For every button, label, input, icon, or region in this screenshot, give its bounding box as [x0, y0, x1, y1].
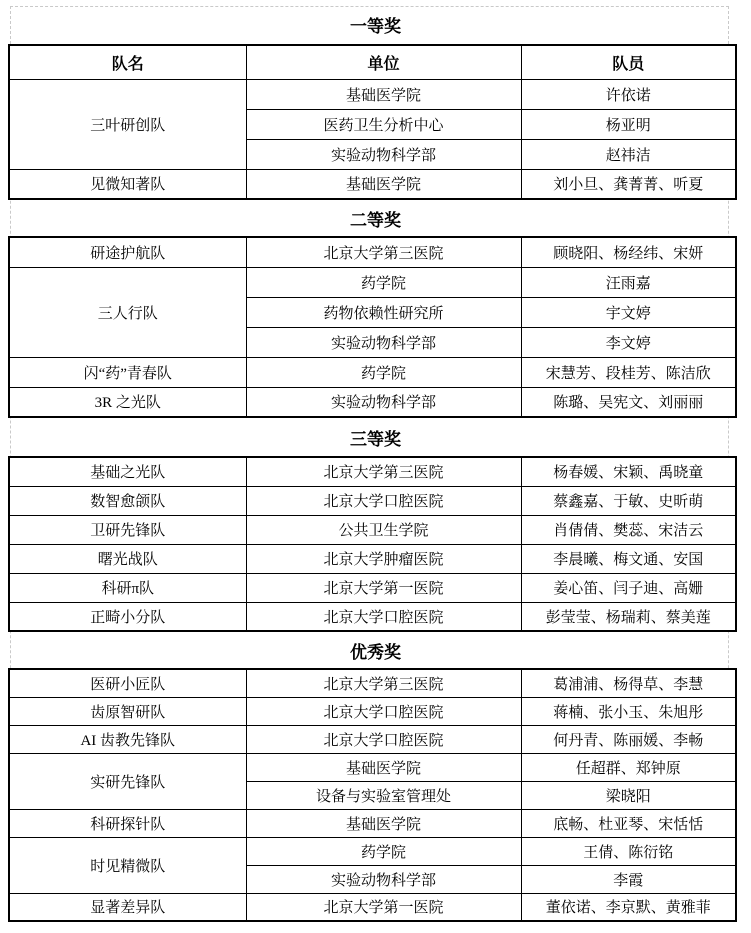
unit-cell: 北京大学第三医院	[246, 457, 521, 486]
team-name-cell: 数智愈颌队	[9, 486, 246, 515]
unit-cell: 药物依赖性研究所	[246, 297, 521, 327]
team-name-cell: 正畸小分队	[9, 602, 246, 631]
members-cell: 汪雨嘉	[521, 267, 736, 297]
col-header-team: 队名	[9, 45, 246, 79]
members-cell: 顾晓阳、杨经纬、宋妍	[521, 237, 736, 267]
table-row: 3R 之光队 实验动物科学部 陈璐、吴宪文、刘丽丽	[9, 387, 736, 417]
table-row: 时见精微队 药学院 王倩、陈衍铭	[9, 837, 736, 865]
table-row: 曙光战队 北京大学肿瘤医院 李晨曦、梅文通、安国	[9, 544, 736, 573]
table-row: 科研π队 北京大学第一医院 姜心笛、闫子迪、高姗	[9, 573, 736, 602]
team-name-cell: 闪“药”青春队	[9, 357, 246, 387]
table-row: 见微知著队 基础医学院 刘小旦、龚菁菁、听夏	[9, 169, 736, 199]
unit-cell: 药学院	[246, 357, 521, 387]
table-row: 卫研先锋队 公共卫生学院 肖倩倩、樊蕊、宋洁云	[9, 515, 736, 544]
unit-cell: 北京大学肿瘤医院	[246, 544, 521, 573]
awards-table-third-prize: 基础之光队 北京大学第三医院 杨春媛、宋颖、禹晓童 数智愈颌队 北京大学口腔医院…	[8, 456, 737, 632]
members-cell: 董依诺、李京默、黄雅菲	[521, 893, 736, 921]
table-row: 显著差异队 北京大学第一医院 董依诺、李京默、黄雅菲	[9, 893, 736, 921]
unit-cell: 基础医学院	[246, 753, 521, 781]
members-cell: 宋慧芳、段桂芳、陈洁欣	[521, 357, 736, 387]
unit-cell: 北京大学口腔医院	[246, 725, 521, 753]
members-cell: 李霞	[521, 865, 736, 893]
table-row: 三叶研创队 基础医学院 许依诺	[9, 79, 736, 109]
unit-cell: 医药卫生分析中心	[246, 109, 521, 139]
unit-cell: 公共卫生学院	[246, 515, 521, 544]
unit-cell: 实验动物科学部	[246, 865, 521, 893]
awards-table-second-prize: 研途护航队 北京大学第三医院 顾晓阳、杨经纬、宋妍 三人行队 药学院 汪雨嘉 药…	[8, 236, 737, 418]
header-row: 队名 单位 队员	[9, 45, 736, 79]
table-row: 三人行队 药学院 汪雨嘉	[9, 267, 736, 297]
members-cell: 李文婷	[521, 327, 736, 357]
table-row: 实研先锋队 基础医学院 任超群、郑钟原	[9, 753, 736, 781]
col-header-members: 队员	[521, 45, 736, 79]
team-name-cell: 卫研先锋队	[9, 515, 246, 544]
members-cell: 蔡鑫嘉、于敏、史昕萌	[521, 486, 736, 515]
table-row: 正畸小分队 北京大学口腔医院 彭莹莹、杨瑞莉、蔡美莲	[9, 602, 736, 631]
team-name-cell: 三人行队	[9, 267, 246, 357]
unit-cell: 药学院	[246, 267, 521, 297]
table-row: 基础之光队 北京大学第三医院 杨春媛、宋颖、禹晓童	[9, 457, 736, 486]
members-cell: 王倩、陈衍铭	[521, 837, 736, 865]
unit-cell: 北京大学口腔医院	[246, 486, 521, 515]
members-cell: 肖倩倩、樊蕊、宋洁云	[521, 515, 736, 544]
team-name-cell: 基础之光队	[9, 457, 246, 486]
members-cell: 彭莹莹、杨瑞莉、蔡美莲	[521, 602, 736, 631]
section-title-second-prize: 二等奖	[0, 200, 751, 236]
unit-cell: 北京大学第三医院	[246, 669, 521, 697]
members-cell: 李晨曦、梅文通、安国	[521, 544, 736, 573]
unit-cell: 实验动物科学部	[246, 327, 521, 357]
unit-cell: 实验动物科学部	[246, 139, 521, 169]
team-name-cell: 时见精微队	[9, 837, 246, 893]
unit-cell: 设备与实验室管理处	[246, 781, 521, 809]
team-name-cell: 三叶研创队	[9, 79, 246, 169]
table-row: 齿原智研队 北京大学口腔医院 蒋楠、张小玉、朱旭彤	[9, 697, 736, 725]
members-cell: 宇文婷	[521, 297, 736, 327]
unit-cell: 基础医学院	[246, 809, 521, 837]
members-cell: 何丹青、陈丽媛、李畅	[521, 725, 736, 753]
section-title-excellence-award: 优秀奖	[0, 632, 751, 668]
team-name-cell: 3R 之光队	[9, 387, 246, 417]
members-cell: 许依诺	[521, 79, 736, 109]
team-name-cell: 实研先锋队	[9, 753, 246, 809]
team-name-cell: 科研探针队	[9, 809, 246, 837]
team-name-cell: 显著差异队	[9, 893, 246, 921]
members-cell: 梁晓阳	[521, 781, 736, 809]
unit-cell: 基础医学院	[246, 169, 521, 199]
members-cell: 刘小旦、龚菁菁、听夏	[521, 169, 736, 199]
document-page: 一等奖 队名 单位 队员 三叶研创队 基础医学院 许依诺 医药卫生分析中心 杨亚…	[0, 0, 751, 933]
unit-cell: 药学院	[246, 837, 521, 865]
members-cell: 任超群、郑钟原	[521, 753, 736, 781]
table-row: 研途护航队 北京大学第三医院 顾晓阳、杨经纬、宋妍	[9, 237, 736, 267]
members-cell: 陈璐、吴宪文、刘丽丽	[521, 387, 736, 417]
team-name-cell: 齿原智研队	[9, 697, 246, 725]
table-row: 医研小匠队 北京大学第三医院 葛浦浦、杨得草、李慧	[9, 669, 736, 697]
awards-table-first-prize: 队名 单位 队员 三叶研创队 基础医学院 许依诺 医药卫生分析中心 杨亚明 实验…	[8, 44, 737, 200]
members-cell: 赵祎洁	[521, 139, 736, 169]
team-name-cell: 医研小匠队	[9, 669, 246, 697]
team-name-cell: 科研π队	[9, 573, 246, 602]
unit-cell: 北京大学第一医院	[246, 573, 521, 602]
members-cell: 蒋楠、张小玉、朱旭彤	[521, 697, 736, 725]
members-cell: 葛浦浦、杨得草、李慧	[521, 669, 736, 697]
unit-cell: 北京大学口腔医院	[246, 602, 521, 631]
unit-cell: 北京大学口腔医院	[246, 697, 521, 725]
table-row: 闪“药”青春队 药学院 宋慧芳、段桂芳、陈洁欣	[9, 357, 736, 387]
table-row: 科研探针队 基础医学院 底畅、杜亚琴、宋恬恬	[9, 809, 736, 837]
table-row: AI 齿教先锋队 北京大学口腔医院 何丹青、陈丽媛、李畅	[9, 725, 736, 753]
section-title-first-prize: 一等奖	[0, 0, 751, 44]
awards-table-excellence-award: 医研小匠队 北京大学第三医院 葛浦浦、杨得草、李慧 齿原智研队 北京大学口腔医院…	[8, 668, 737, 922]
members-cell: 姜心笛、闫子迪、高姗	[521, 573, 736, 602]
team-name-cell: 见微知著队	[9, 169, 246, 199]
members-cell: 底畅、杜亚琴、宋恬恬	[521, 809, 736, 837]
table-row: 数智愈颌队 北京大学口腔医院 蔡鑫嘉、于敏、史昕萌	[9, 486, 736, 515]
team-name-cell: 曙光战队	[9, 544, 246, 573]
col-header-unit: 单位	[246, 45, 521, 79]
unit-cell: 实验动物科学部	[246, 387, 521, 417]
members-cell: 杨春媛、宋颖、禹晓童	[521, 457, 736, 486]
team-name-cell: 研途护航队	[9, 237, 246, 267]
unit-cell: 北京大学第三医院	[246, 237, 521, 267]
members-cell: 杨亚明	[521, 109, 736, 139]
unit-cell: 北京大学第一医院	[246, 893, 521, 921]
section-title-third-prize: 三等奖	[0, 418, 751, 456]
team-name-cell: AI 齿教先锋队	[9, 725, 246, 753]
unit-cell: 基础医学院	[246, 79, 521, 109]
